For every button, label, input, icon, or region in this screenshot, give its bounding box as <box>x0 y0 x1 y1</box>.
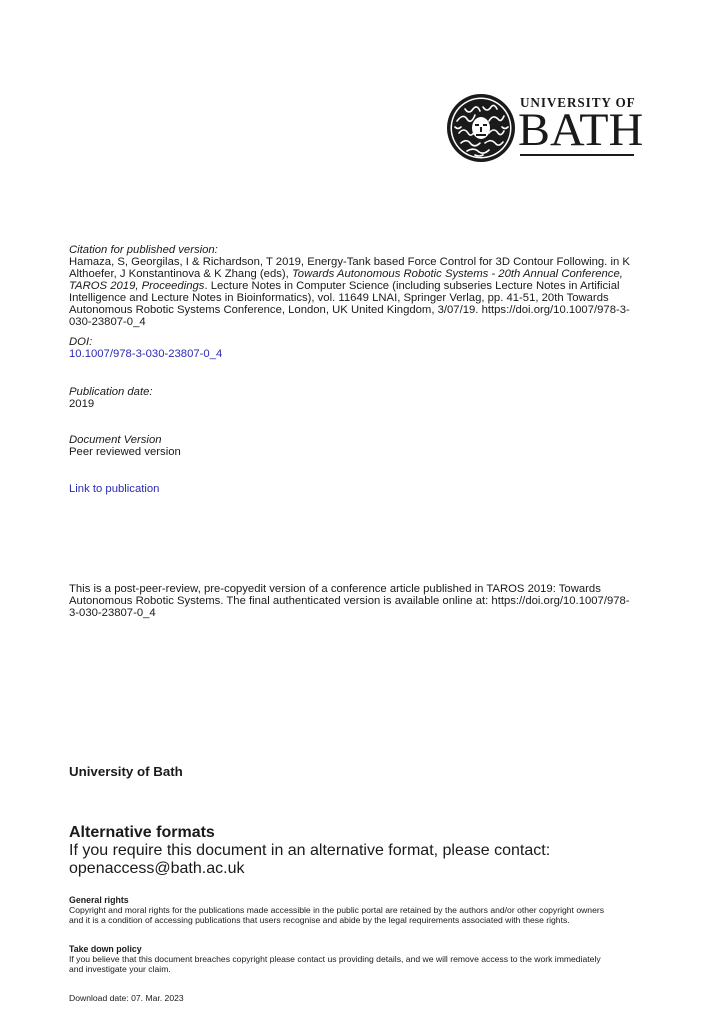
general-rights-line-2: and it is a condition of accessing publi… <box>69 916 570 926</box>
version-note-line-1: This is a post-peer-review, pre-copyedit… <box>69 583 601 595</box>
contact-email: openaccess@bath.ac.uk <box>69 860 550 878</box>
citation-editors: Althoefer, J Konstantinova & K Zhang (ed… <box>69 268 292 280</box>
download-date: Download date: 07. Mar. 2023 <box>69 994 184 1004</box>
citation-line-3: TAROS 2019, Proceedings. Lecture Notes i… <box>69 280 619 292</box>
citation-proceedings: TAROS 2019, Proceedings <box>69 280 204 292</box>
citation-line-2: Althoefer, J Konstantinova & K Zhang (ed… <box>69 268 623 280</box>
publication-date-value: 2019 <box>69 398 94 410</box>
take-down-policy-line-2: and investigate your claim. <box>69 965 171 975</box>
citation-line-1: Hamaza, S, Georgilas, I & Richardson, T … <box>69 256 630 268</box>
doi-label: DOI: <box>69 336 92 348</box>
document-version-label: Document Version <box>69 434 162 446</box>
alternative-formats-text: If you require this document in an alter… <box>69 842 550 878</box>
doi-link[interactable]: 10.1007/978-3-030-23807-0_4 <box>69 348 222 360</box>
citation-label: Citation for published version: <box>69 244 218 256</box>
logo-bath-wordmark: BATH <box>518 104 643 156</box>
citation-line-4: Intelligence and Lecture Notes in Bioinf… <box>69 292 609 304</box>
document-version-value: Peer reviewed version <box>69 446 181 458</box>
alternative-formats-heading: Alternative formats <box>69 824 215 842</box>
university-seal-logo <box>445 93 517 163</box>
version-note-line-3: 3-030-23807-0_4 <box>69 607 156 619</box>
link-to-publication[interactable]: Link to publication <box>69 483 159 495</box>
version-note-line-2: Autonomous Robotic Systems. The final au… <box>69 595 630 607</box>
publication-date-label: Publication date: <box>69 386 153 398</box>
seal-icon <box>445 93 517 163</box>
citation-line-6: 030-23807-0_4 <box>69 316 146 328</box>
citation-line-5: Autonomous Robotic Systems Conference, L… <box>69 304 630 316</box>
alternative-formats-line-1: If you require this document in an alter… <box>69 842 550 860</box>
citation-book-title: Towards Autonomous Robotic Systems - 20t… <box>292 268 623 280</box>
institution-heading: University of Bath <box>69 764 183 779</box>
citation-series: . Lecture Notes in Computer Science (inc… <box>204 280 619 292</box>
logo-rule <box>520 154 634 156</box>
